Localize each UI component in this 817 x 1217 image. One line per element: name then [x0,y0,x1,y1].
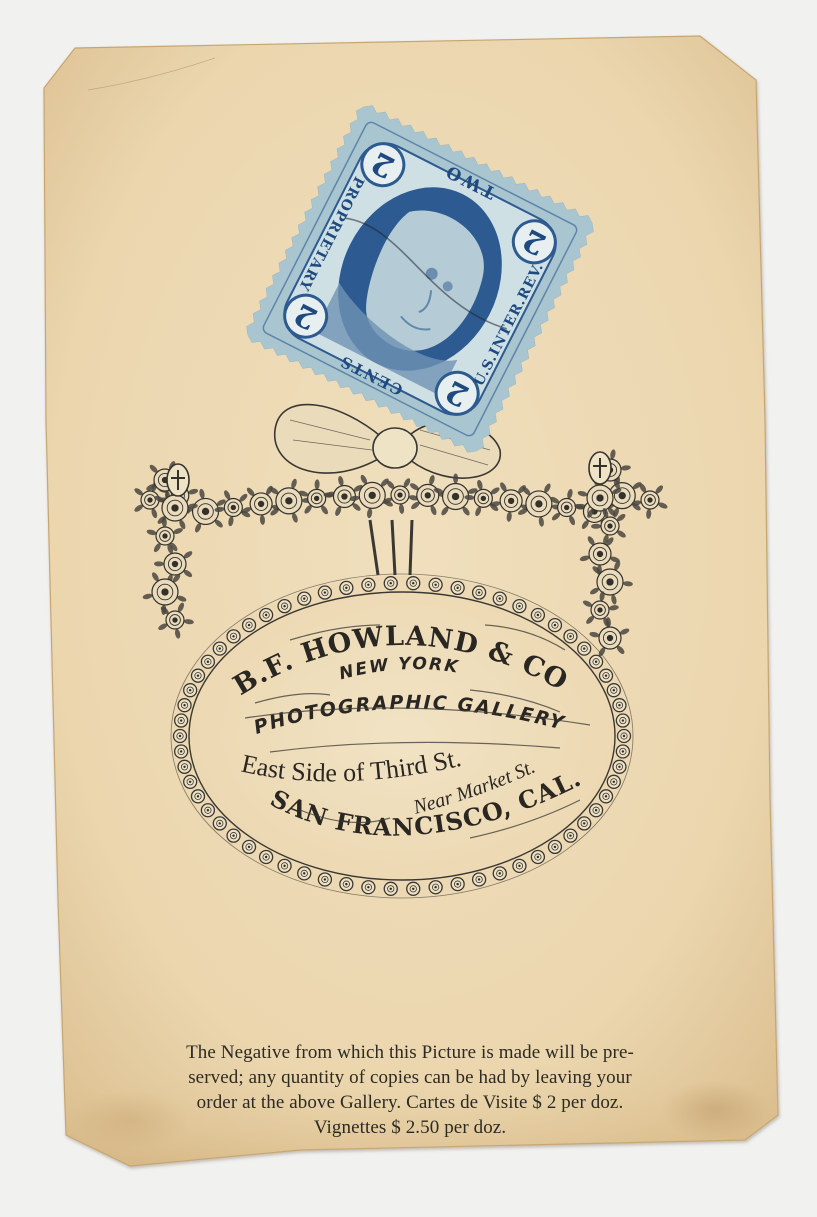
notice-line-3: order at the above Gallery. Cartes de Vi… [100,1090,720,1115]
card-scan: B.F. HOWLAND & CO. NEW YORK PHOTOGRAPHIC… [0,0,817,1217]
notice-line-4: Vignettes $ 2.50 per doz. [100,1115,720,1140]
notice-line-2: served; any quantity of copies can be ha… [100,1065,720,1090]
negative-preservation-notice: The Negative from which this Picture is … [100,1040,720,1140]
notice-line-1: The Negative from which this Picture is … [100,1040,720,1065]
